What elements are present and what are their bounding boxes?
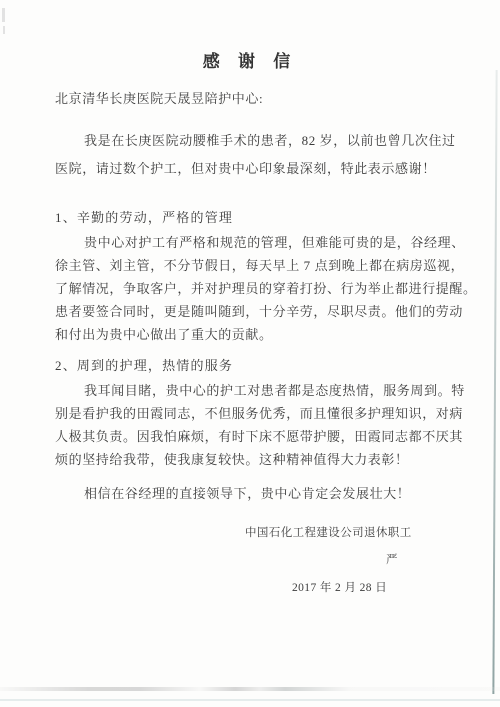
letter-title: 感 谢 信 <box>0 47 500 72</box>
scan-speck-artifact <box>3 26 5 34</box>
intro-line: 医院，请过数个护工，但对贵中心印象最深刻，特此表示感谢！ <box>55 158 436 177</box>
section1-line: 了解情况，争取客户，并对护理员的穿着打扮、行为举止都进行提醒。 <box>55 278 477 297</box>
scanned-letter-page: 感 谢 信 北京清华长庚医院天晟昱陪护中心: 我是在长庚医院动腰椎手术的患者，8… <box>0 0 500 707</box>
section2-line: 烦的坚持给我带，使我康复较快。这种精神值得大力表彰！ <box>55 449 409 468</box>
section2-line: 我耳闻目睹，贵中心的护工对患者都是态度热情，服务周到。特 <box>84 380 465 399</box>
closing-line: 相信在谷经理的直接领导下，贵中心肯定会发展壮大！ <box>84 483 410 502</box>
scan-speck-artifact <box>2 8 5 22</box>
letter-salutation: 北京清华长庚医院天晟昱陪护中心: <box>55 88 263 107</box>
scan-smudge-artifact <box>0 687 500 691</box>
section2-line: 人极其负责。因我怕麻烦，有时下床不愿带护腰，田霞同志都不厌其 <box>55 426 463 445</box>
section1-line: 和付出为贵中心做出了重大的贡献。 <box>55 324 273 343</box>
signer-name: 严 <box>386 551 398 567</box>
intro-line: 我是在长庚医院动腰椎手术的患者，82 岁，以前也曾几次住过 <box>84 130 456 149</box>
letter-date: 2017 年 2 月 28 日 <box>292 579 387 595</box>
section1-line: 患者要签合同时，更是随叫随到，十分辛劳，尽职尽责。他们的劳动 <box>55 301 463 320</box>
scan-bottom-edge-artifact <box>0 699 500 701</box>
signature-organization: 中国石化工程建设公司退休职工 <box>245 524 412 540</box>
section1-line: 徐主管、刘主管，不分节假日，每天早上 7 点到晚上都在病房巡视， <box>55 255 464 274</box>
section1-heading: 1、辛勤的劳动，严格的管理 <box>55 207 233 226</box>
section2-line: 别是看护我的田霞同志，不但服务优秀，而且懂很多护理知识，对病 <box>55 403 463 422</box>
section2-heading: 2、周到的护理，热情的服务 <box>55 355 233 374</box>
section1-line: 贵中心对护工有严格和规范的管理，但难能可贵的是，谷经理、 <box>84 232 465 251</box>
scan-edge-artifact <box>492 70 497 694</box>
